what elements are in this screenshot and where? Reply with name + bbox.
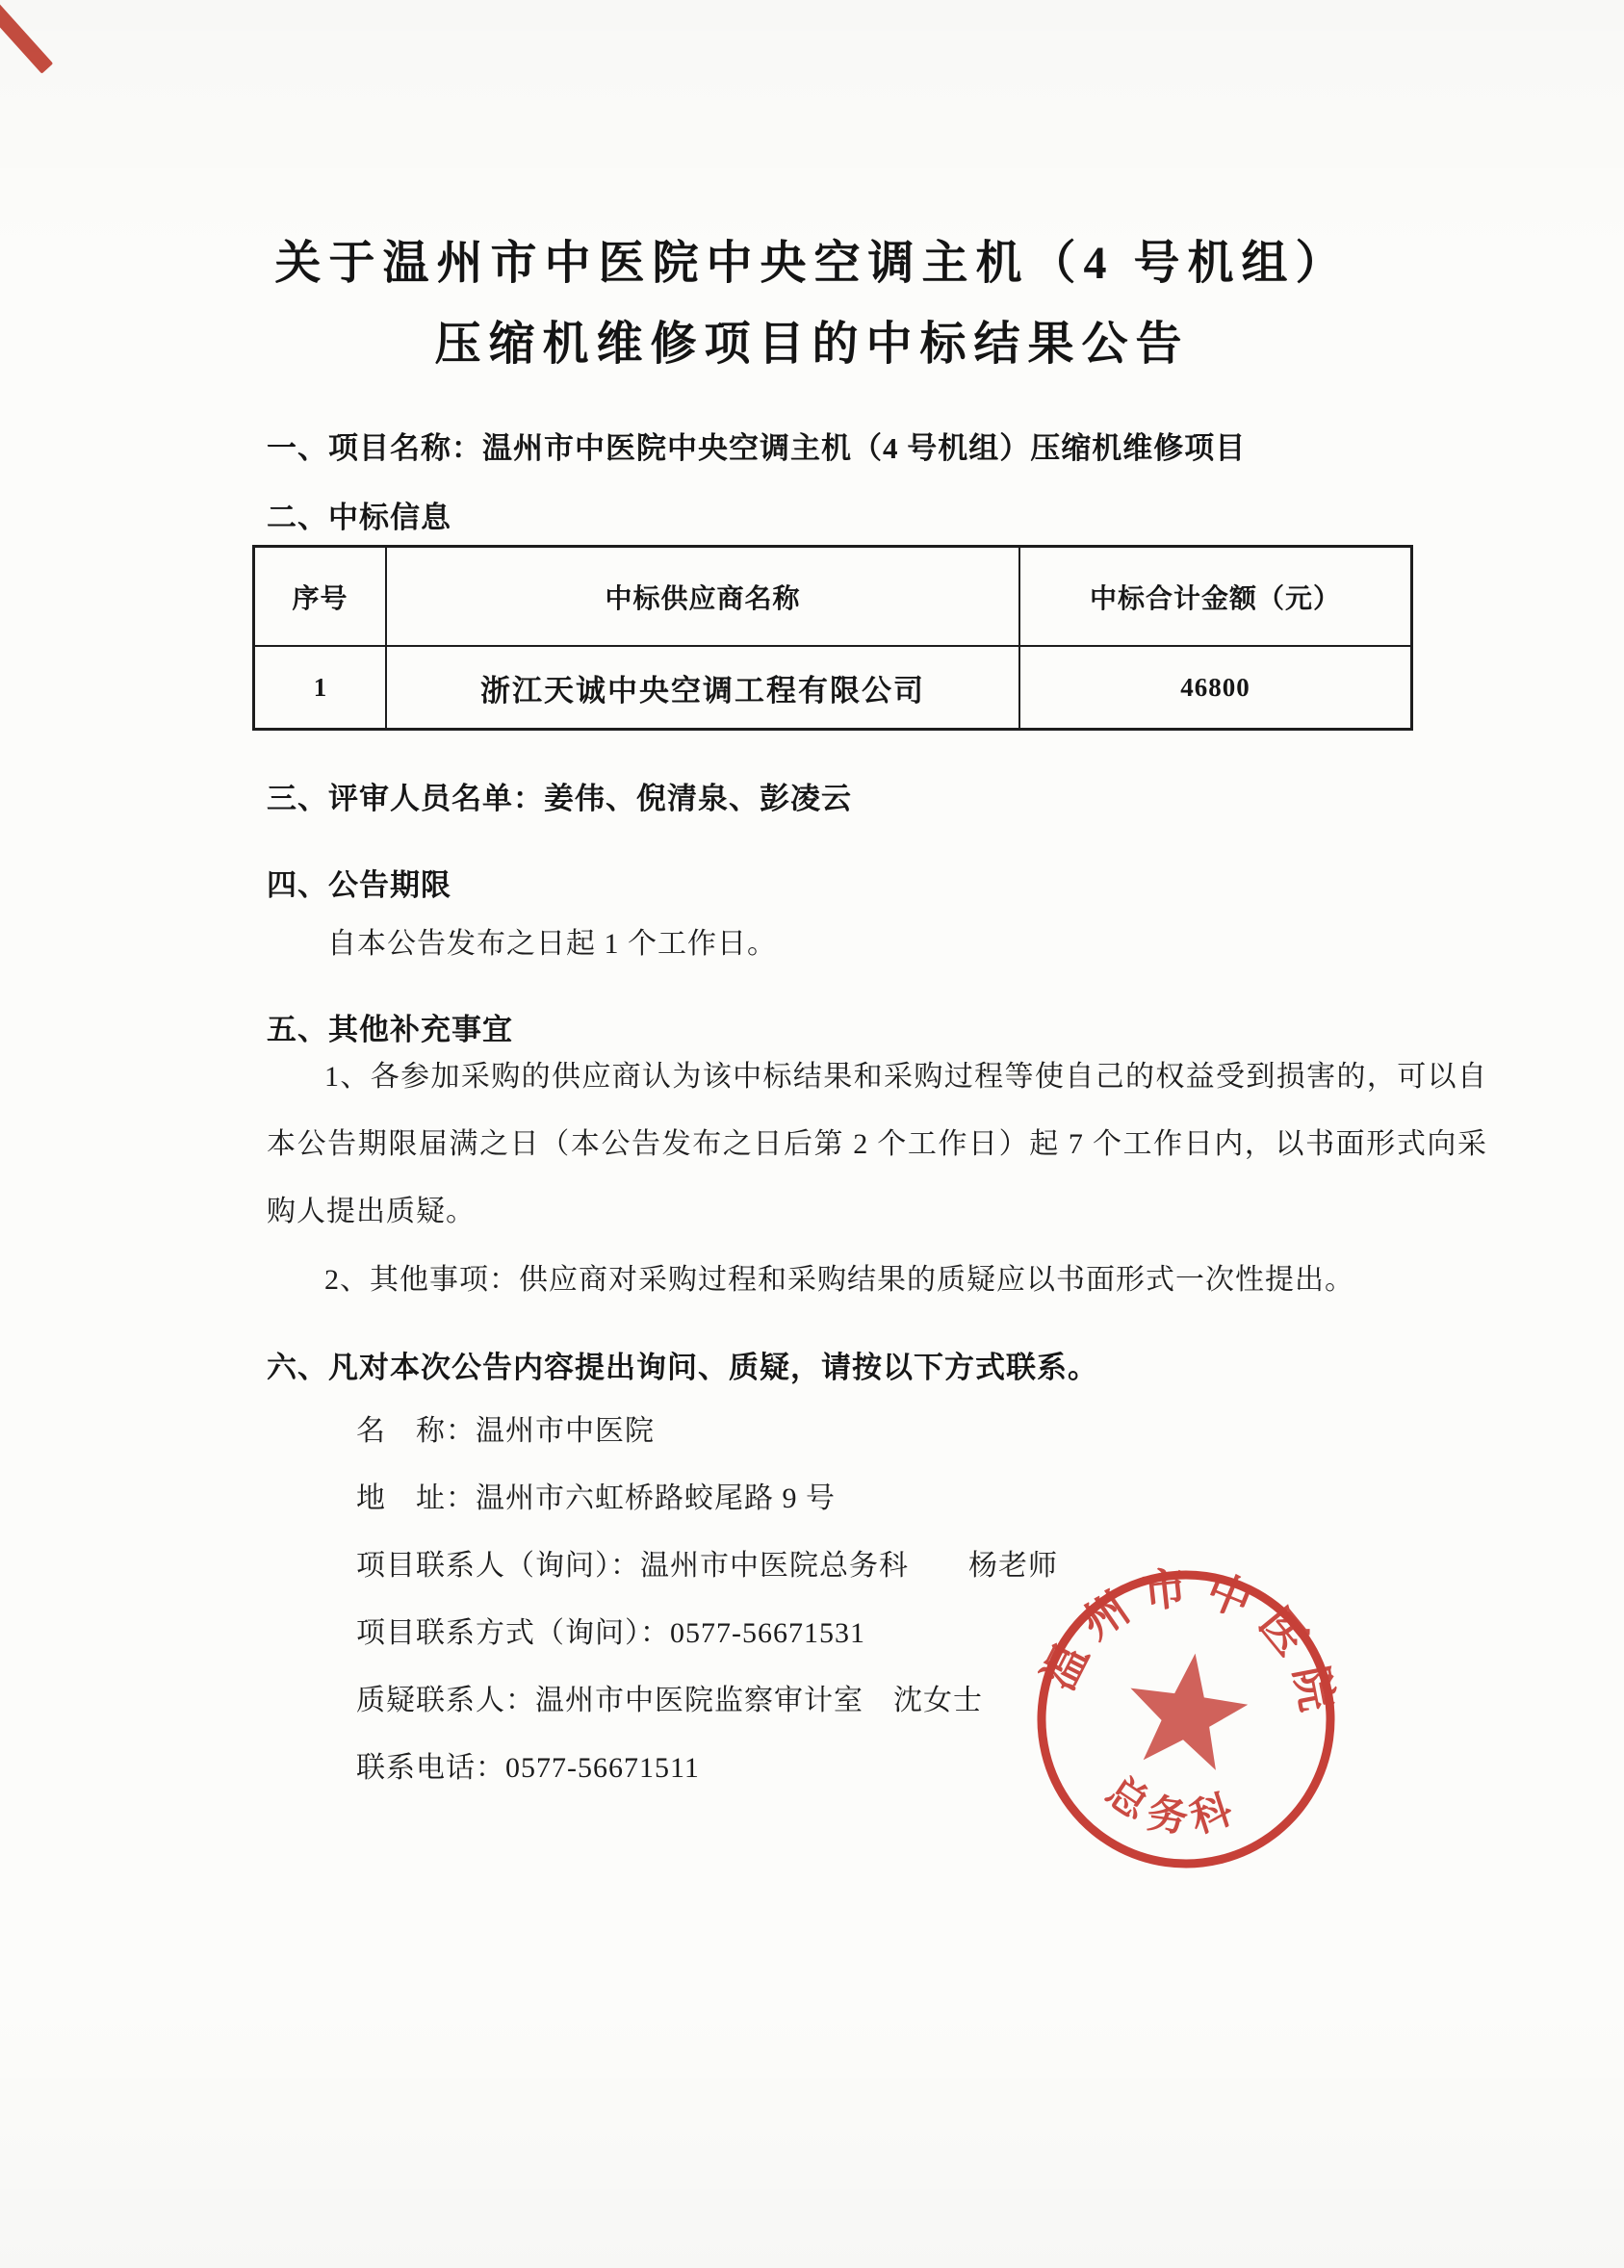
section-6-heading: 六、凡对本次公告内容提出询问、质疑，请按以下方式联系。 xyxy=(267,1343,1098,1386)
svg-text:总务科: 总务科 xyxy=(1095,1765,1252,1849)
section-1-project-name: 一、项目名称：温州市中医院中央空调主机（4 号机组）压缩机维修项目 xyxy=(267,424,1246,467)
section-4-heading: 四、公告期限 xyxy=(267,861,451,904)
table-header-supplier: 中标供应商名称 xyxy=(387,548,1020,647)
contact-challenge-phone: 联系电话：0577-56671511 xyxy=(356,1735,1058,1802)
section-4-body: 自本公告发布之日起 1 个工作日。 xyxy=(327,919,777,962)
document-title-line-2: 压缩机维修项目的中标结果公告 xyxy=(0,304,1624,385)
seal-bottom-text: 总务科 xyxy=(1095,1765,1252,1849)
section-5-paragraph-2: 2、其他事项：供应商对采购过程和采购结果的质疑应以书面形式一次性提出。 xyxy=(267,1247,1487,1314)
table-cell-supplier-name: 浙江天诚中央空调工程有限公司 xyxy=(387,647,1020,728)
section-5-paragraph-1: 1、各参加采购的供应商认为该中标结果和采购过程等使自己的权益受到损害的，可以自本… xyxy=(267,1044,1487,1246)
section-2-heading: 二、中标信息 xyxy=(267,493,451,536)
table-cell-row-no: 1 xyxy=(255,647,387,728)
contact-challenge-person: 质疑联系人：温州市中医院监察审计室 沈女士 xyxy=(356,1667,1058,1735)
contact-name: 名 称：温州市中医院 xyxy=(356,1398,1058,1465)
table-header-amount: 中标合计金额（元） xyxy=(1020,548,1410,647)
announcement-document-page: 关于温州市中医院中央空调主机（4 号机组） 压缩机维修项目的中标结果公告 一、项… xyxy=(0,0,1624,2268)
section-3-review-panel: 三、评审人员名单：姜伟、倪清泉、彭凌云 xyxy=(267,774,852,817)
contact-project-phone: 项目联系方式（询问）：0577-56671531 xyxy=(356,1600,1058,1667)
scan-artifact xyxy=(0,0,53,74)
document-title-line-1: 关于温州市中医院中央空调主机（4 号机组） xyxy=(0,223,1624,304)
official-seal: 温州市中医院 总务科 xyxy=(995,1529,1376,1909)
table-header-no: 序号 xyxy=(255,548,387,647)
contact-block: 名 称：温州市中医院 地 址：温州市六虹桥路蛟尾路 9 号 项目联系人（询问）：… xyxy=(356,1398,1058,1802)
table-cell-amount: 46800 xyxy=(1020,647,1410,728)
section-5-heading: 五、其他补充事宜 xyxy=(267,1005,513,1048)
bid-result-table: 序号 中标供应商名称 中标合计金额（元） 1 浙江天诚中央空调工程有限公司 46… xyxy=(252,545,1413,731)
seal-star-icon xyxy=(1121,1645,1253,1773)
document-title: 关于温州市中医院中央空调主机（4 号机组） 压缩机维修项目的中标结果公告 xyxy=(0,223,1624,385)
contact-project-person: 项目联系人（询问）：温州市中医院总务科 杨老师 xyxy=(356,1533,1058,1600)
contact-address: 地 址：温州市六虹桥路蛟尾路 9 号 xyxy=(356,1465,1058,1533)
